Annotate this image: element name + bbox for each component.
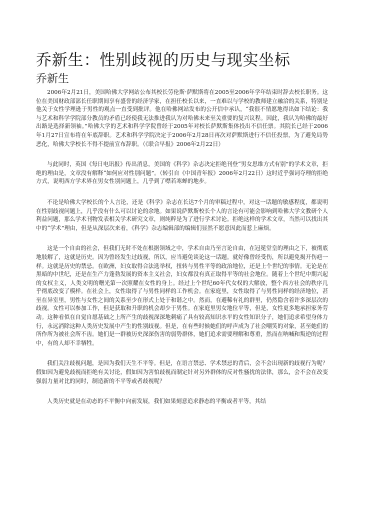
paragraph-5: 我们关注歧视问题，是因为我们天生不平等。但是，在语言禁忌、学术禁忌的背后，会不会… [36, 360, 328, 386]
paragraph-1: 2006年2月21日，美国哈佛大学网站公布其校长劳伦斯·萨默斯将在2005至20… [36, 89, 328, 149]
article-author: 乔新生 [36, 70, 69, 86]
paragraph-3: 不论是哈佛大学校长的个人言论，还是《科学》杂志在长达7个月的审稿过程中，对这一话… [36, 199, 328, 233]
paragraph-6: 人类历史就是在动态的不平衡中向前发展，我们如果刻意追求静态的平衡或者平等，其结 [36, 398, 328, 407]
paragraph-2: 与此同时，英国《每日电讯报》传出消息，美国的《科学》杂志决定拒绝刊登“男女思维方… [36, 161, 328, 187]
document-page: 乔新生：性别歧视的历史与现实坐标 乔新生 2006年2月21日，美国哈佛大学网站… [0, 0, 365, 516]
paragraph-4: 这是一个自由的社会，但我们无时不处在根据领域之中，学术自由乃至言论自由，在冠冕堂… [36, 245, 328, 348]
article-title: 乔新生：性别歧视的历史与现实坐标 [36, 48, 290, 70]
article-body: 2006年2月21日，美国哈佛大学网站公布其校长劳伦斯·萨默斯将在2005至20… [36, 89, 328, 419]
